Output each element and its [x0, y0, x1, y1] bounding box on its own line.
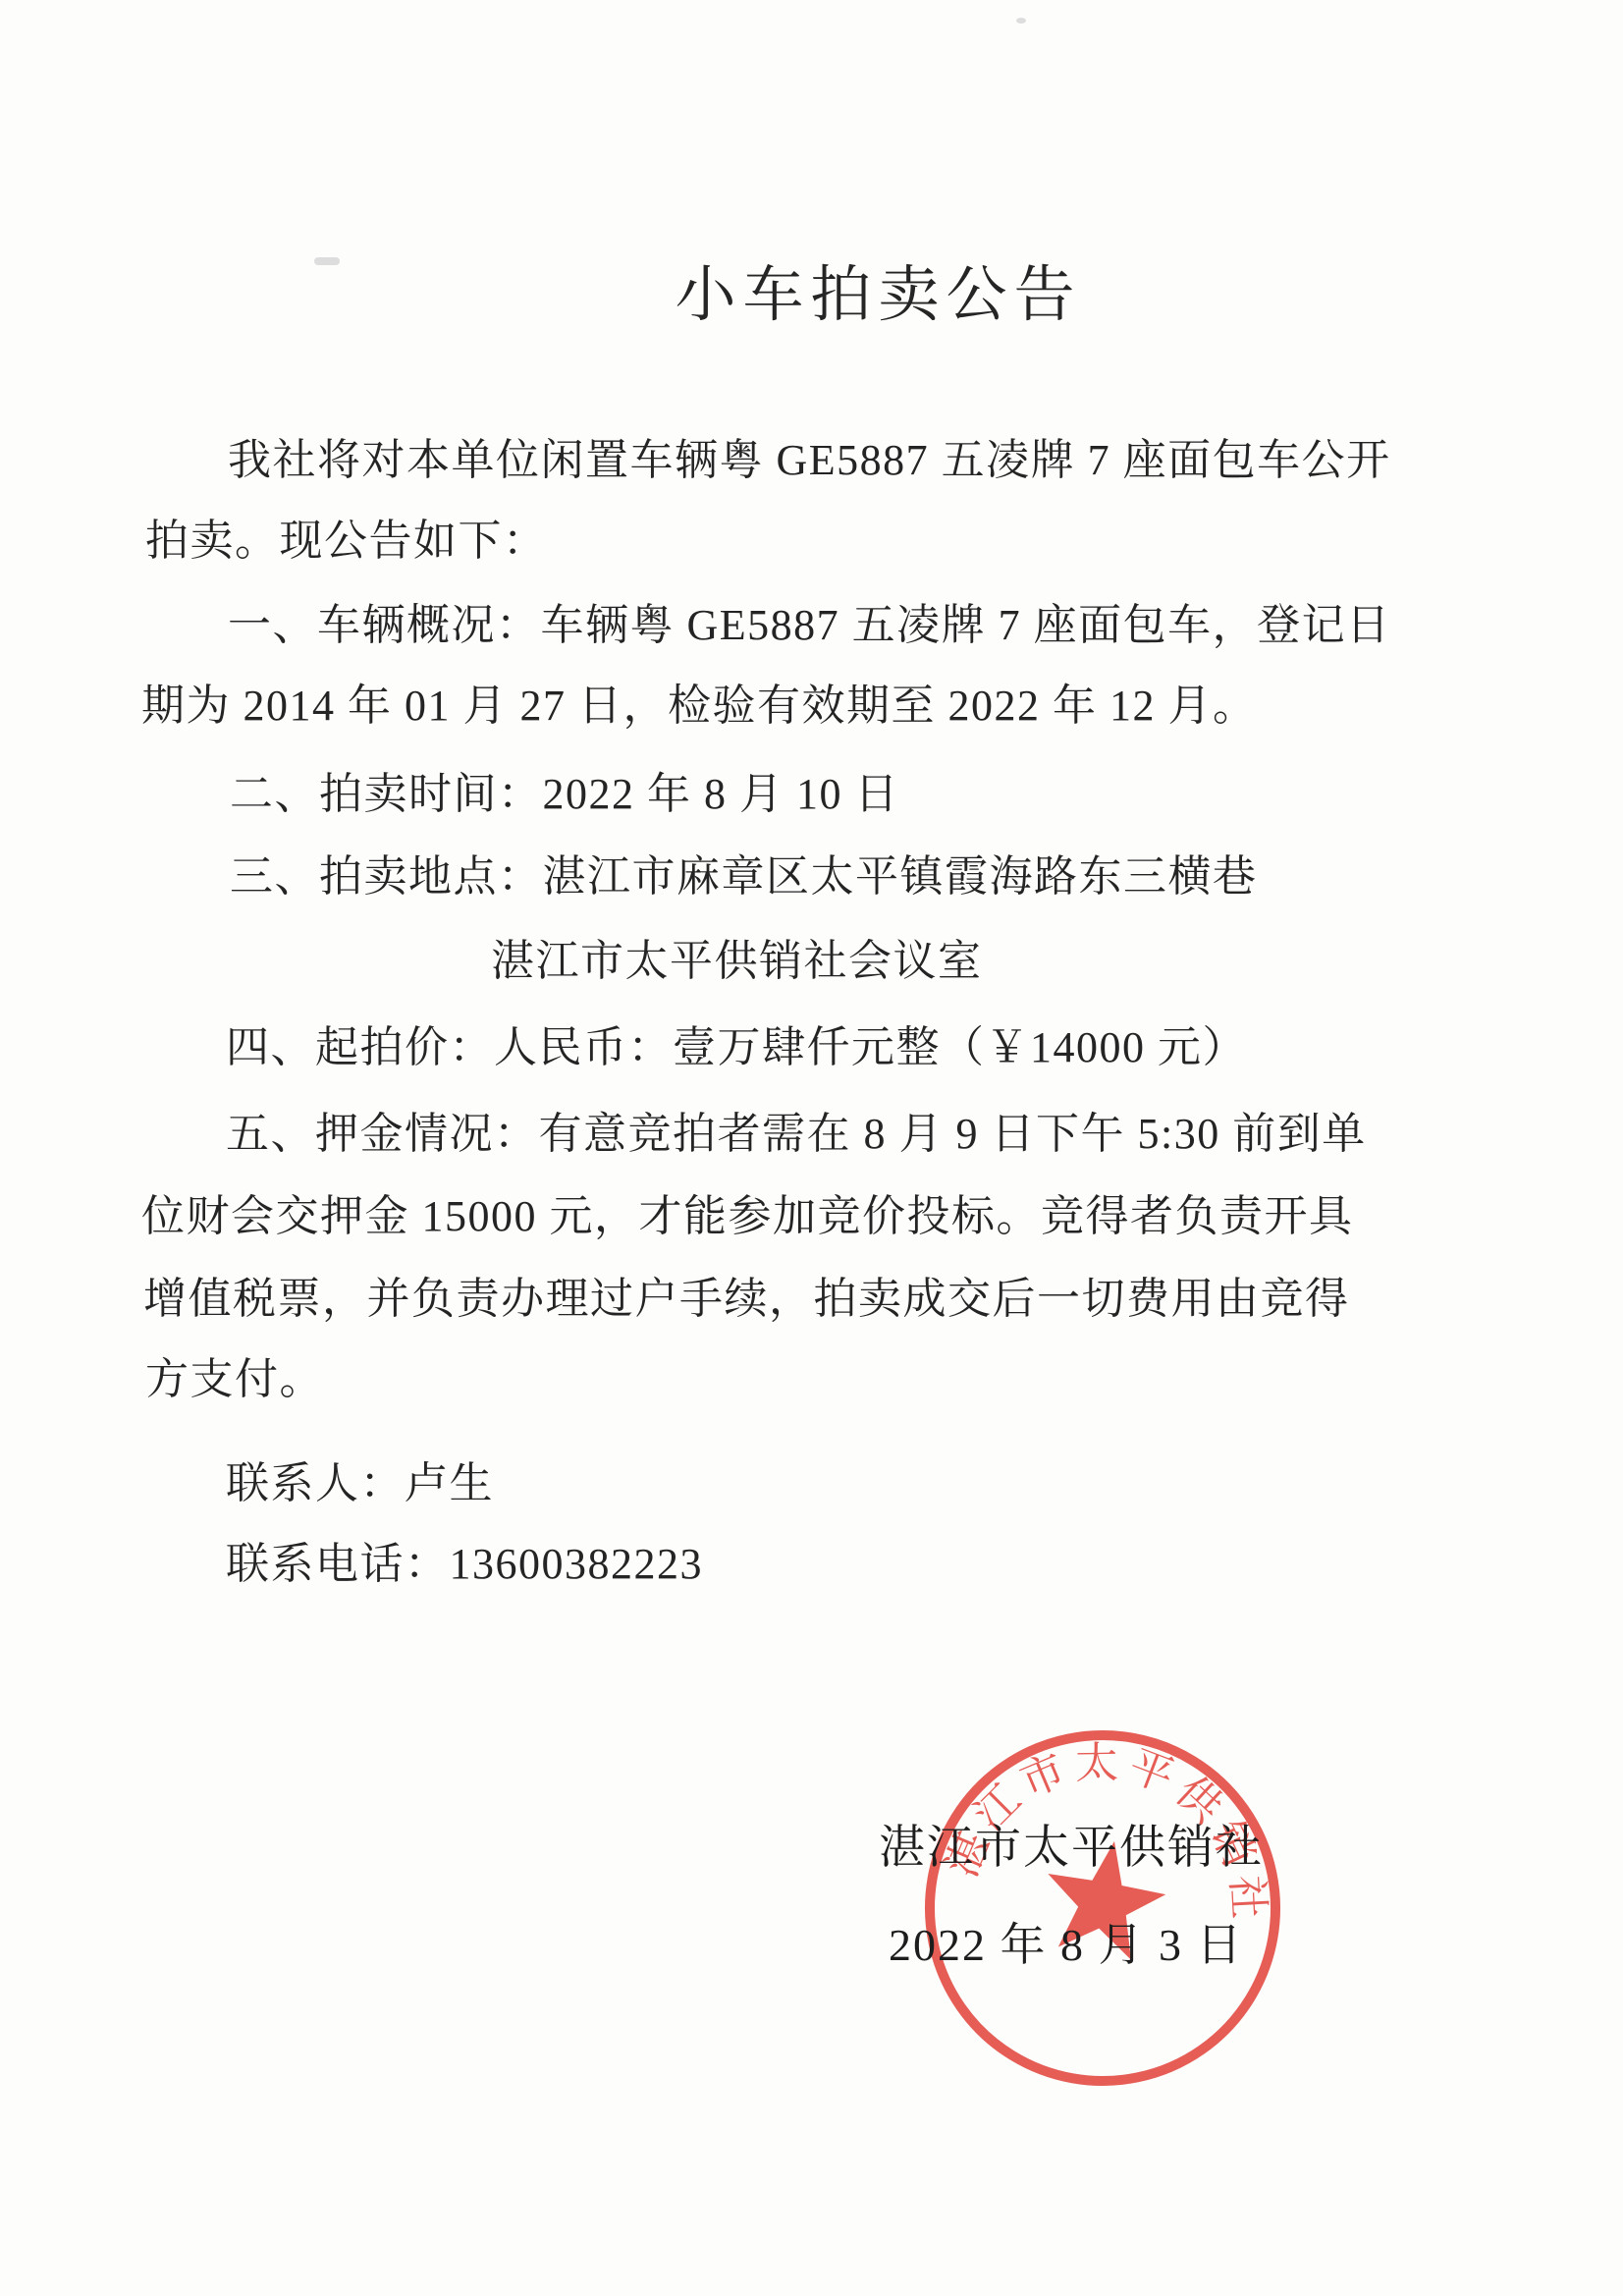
paragraph-intro-line-2: 拍卖。现公告如下： [145, 505, 548, 568]
scanned-document-page: 小车拍卖公告 我社将对本单位闲置车辆粤 GE5887 五凌牌 7 座面包车公开 … [0, 0, 1623, 2296]
item-2-auction-time: 二、拍卖时间：2022 年 8 月 10 日 [230, 758, 899, 821]
item-5-deposit-line-3: 增值税票，并负责办理过户手续，拍卖成交后一切费用由竞得 [143, 1263, 1350, 1326]
item-1-vehicle-overview-line-1: 一、车辆概况：车辆粤 GE5887 五凌牌 7 座面包车，登记日 [228, 589, 1391, 652]
official-red-seal: 湛江市太平供销社 [911, 1717, 1294, 2100]
document-title: 小车拍卖公告 [67, 246, 1623, 333]
item-5-deposit-line-4: 方支付。 [145, 1343, 324, 1406]
item-5-deposit-line-1: 五、押金情况：有意竞拍者需在 8 月 9 日下午 5:30 前到单 [226, 1098, 1367, 1161]
item-3-auction-location-line-1: 三、拍卖地点：湛江市麻章区太平镇霞海路东三横巷 [230, 841, 1258, 903]
contact-phone: 联系电话：13600382223 [226, 1528, 703, 1591]
item-1-vehicle-overview-line-2: 期为 2014 年 01 月 27 日，检验有效期至 2022 年 12 月。 [141, 670, 1258, 733]
signature-organization: 湛江市太平供销社 [879, 1811, 1264, 1877]
scan-artifact [1016, 18, 1026, 24]
paragraph-intro-line-1: 我社将对本单位闲置车辆粤 GE5887 五凌牌 7 座面包车公开 [228, 424, 1391, 487]
signature-date: 2022 年 8 月 3 日 [889, 1909, 1244, 1974]
item-4-starting-price: 四、起拍价：人民币：壹万肆仟元整（￥14000 元） [226, 1011, 1247, 1074]
contact-person: 联系人：卢生 [226, 1448, 494, 1510]
item-3-auction-location-line-2: 湛江市太平供销社会议室 [491, 925, 983, 988]
scan-artifact [314, 257, 340, 265]
item-5-deposit-line-2: 位财会交押金 15000 元，才能参加竞价投标。竞得者负责开具 [141, 1180, 1354, 1243]
